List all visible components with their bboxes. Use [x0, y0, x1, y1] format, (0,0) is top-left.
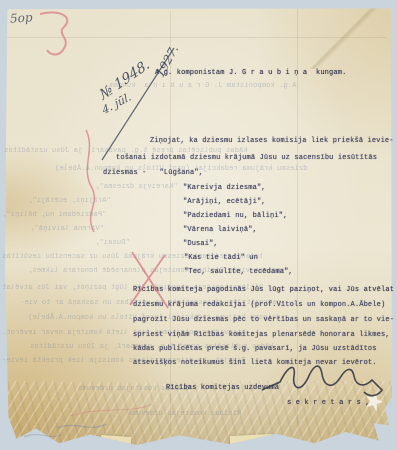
song-title-line: "Tec, saulīte, tecēdama", [184, 268, 293, 276]
body-line: Rīcības komiteja pagodinās Jūs lūgt pazi… [133, 286, 394, 294]
tape-patch [101, 435, 131, 445]
song-title-line: "Kas tie tādi" un [184, 254, 258, 262]
corner-fold-mark [297, 7, 392, 69]
body-line: Ziņojat, ka dziesmu izlases komisija lie… [150, 137, 394, 145]
salutation-line: A.g. komponistam J. G r a u b i ņ a kung… [155, 69, 346, 77]
closing-line: Rīcības komitejas uzdevumā [166, 384, 279, 392]
body-line: dziesmu krājuma redakcijai (prof.Vītols … [133, 301, 385, 309]
body-line: dziesmas - "Lūgšana", [103, 169, 203, 177]
song-title-line: "Padziedami nu, bāliņi", [183, 212, 287, 220]
body-line: tošanai izdotamā dziesmu krājumā Jūsu uz… [116, 154, 377, 162]
ghost-text-line: "Dusai", [95, 239, 130, 247]
body-line: spriest viņām Rīcības komitejas plenarsē… [133, 331, 390, 339]
body-line: pagrozīt Jūsu dziesmas pēc to vērtības u… [133, 316, 394, 324]
scanned-letter-page: A.g. komponistam J. G r a u b i ņ a kung… [0, 0, 397, 450]
song-title-line: "Dusai", [183, 240, 218, 248]
song-title-line: "Kareivja dziesma", [183, 184, 266, 192]
body-line: kādas publicētas presē š.g. pavasarī, ja… [133, 345, 377, 353]
secretary-title-line: s e k r e t a r s , [287, 399, 370, 407]
archive-corner-note: 5op [10, 10, 33, 26]
ghost-text-line: "Padziedami nu, bāliņi", [2, 211, 106, 219]
song-title-line: "Vārena laiviņā", [183, 226, 257, 234]
ghost-text-line: "Arājiņi, ecētāji", [28, 197, 111, 205]
song-title-line: "Arājiņi, ecētāji", [183, 198, 266, 206]
ghost-text-line: Rīcības komitejas uzdevumā [128, 410, 241, 418]
body-line: atsevišķos noteikumus šinī lietā komitej… [133, 359, 377, 367]
tape-patch [230, 434, 272, 446]
ghost-text-line: "Kareivja dziesma", [95, 183, 178, 191]
ghost-text-line: "Vārena laiviņā", [30, 225, 104, 233]
